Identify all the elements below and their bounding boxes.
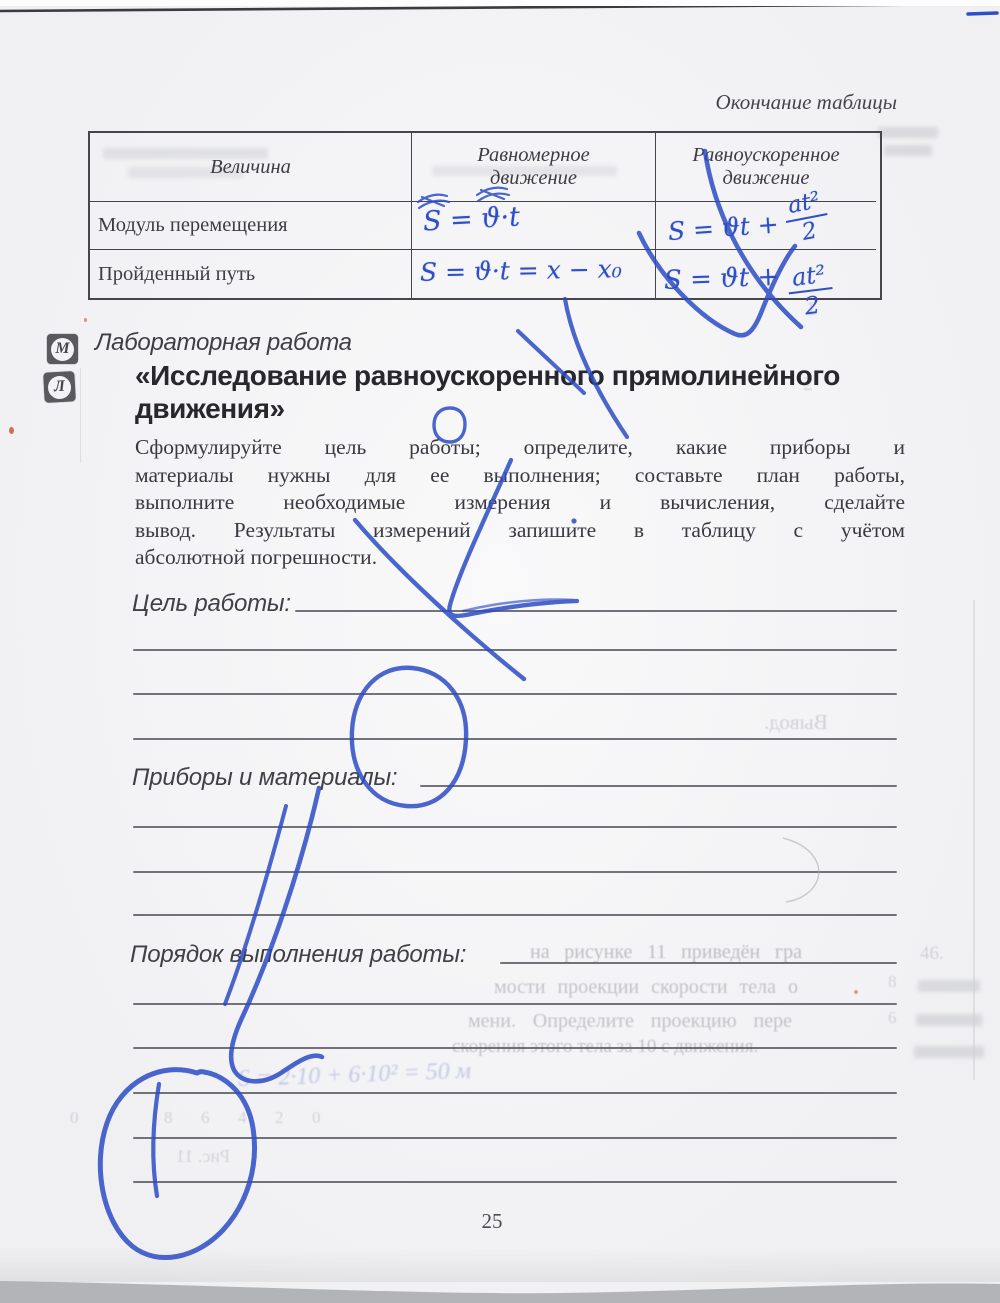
badge-letter-l-icon: Л (47, 375, 71, 399)
scan-top-white-strip (0, 0, 1000, 6)
ghost-axis-digit: 8 (888, 972, 897, 992)
badge-letter-m-icon: М (51, 338, 74, 361)
margin-badge-m: М (47, 334, 78, 364)
procedure-field-label: Порядок выполнения работы: (130, 941, 466, 969)
write-in-line (133, 649, 897, 651)
handwritten-formula-path-accelerated: S = ϑt + at² 2 (663, 249, 832, 309)
paragraph-line: выполните необходимые измерения и вычисл… (135, 489, 905, 517)
scanned-workbook-page: { "running_head": "Окончание таблицы", "… (0, 0, 1000, 1303)
lab-work-kicker: Лабораторная работа (95, 329, 352, 357)
handwritten-formula-displacement-uniform: S = ϑ·t (422, 201, 521, 237)
fraction-denominator: 2 (789, 289, 835, 320)
write-in-line (133, 1137, 897, 1139)
goal-field-label: Цель работы: (132, 590, 291, 618)
formula-text: S = ϑt + (667, 209, 780, 246)
paragraph-line: абсолютной погрешности. (135, 544, 905, 572)
table-row-path: Пройденный путь (90, 250, 412, 298)
margin-badge-l: Л (43, 371, 76, 403)
formula-text: S = ϑt + (663, 262, 779, 296)
write-in-line (133, 693, 897, 695)
red-speck (84, 318, 87, 322)
ghost-figure-caption: Рис. 11 (176, 1146, 230, 1167)
table-row-displacement: Модуль перемещения (90, 202, 412, 250)
write-in-line (133, 1003, 897, 1005)
red-speck (9, 427, 14, 434)
running-head: Окончание таблицы (716, 90, 897, 115)
write-in-line (133, 914, 897, 916)
instruments-field-label: Приборы и материалы: (132, 764, 397, 792)
paragraph-line: вывод. Результаты измерений запишите в т… (135, 517, 905, 545)
ghost-bleed-bar (884, 145, 932, 156)
write-in-line (295, 610, 897, 612)
table-header-quantity: Величина (90, 133, 412, 202)
lab-work-title: «Исследование равноускоренного прямолине… (135, 359, 865, 425)
ghost-problem-number: 46. (920, 943, 944, 965)
table-header-accelerated-motion: Равноускоренное движение (656, 133, 876, 202)
ghost-conclusion-label: Вывод. (764, 710, 828, 735)
red-speck (854, 990, 858, 994)
scan-edge-line (973, 600, 975, 1080)
paragraph-line: Сформулируйте цель работы; определите, к… (135, 434, 905, 462)
write-in-line (133, 738, 897, 740)
handwritten-formula-path-uniform: S = ϑ·t = x − x₀ (420, 254, 622, 287)
write-in-line (133, 1047, 897, 1049)
paragraph-line: материалы нужны для ее выполнения; соста… (135, 462, 905, 490)
ghost-grid-line (80, 368, 81, 463)
write-in-line (500, 962, 897, 964)
formula-fraction: at² 2 (786, 261, 836, 320)
write-in-line (420, 785, 897, 787)
title-line: движения» (135, 392, 865, 425)
ghost-axis-digit: 6 (888, 1008, 897, 1028)
write-in-line (133, 1181, 897, 1183)
write-in-line (133, 1092, 897, 1094)
title-line: «Исследование равноускоренного прямолине… (135, 359, 865, 392)
ghost-bleed-bar (878, 127, 938, 138)
header-line: движение (723, 167, 810, 190)
instruction-paragraph: Сформулируйте цель работы; определите, к… (135, 434, 905, 572)
header-line: движение (490, 167, 577, 190)
write-in-line (133, 871, 897, 873)
table-header-uniform-motion: Равномерное движение (412, 133, 656, 202)
ghost-bleed-bar (918, 980, 980, 992)
page-number: 25 (462, 1209, 522, 1234)
ghost-paragraph-line: мени. Определите проекцию пере (468, 1010, 792, 1033)
write-in-line (133, 826, 897, 828)
ghost-axis-row: 0 8 6 4 2 0 (70, 1108, 321, 1128)
formula-fraction: at² 2 (781, 188, 832, 247)
ghost-paragraph-line: на рисунке 11 приведён гра (530, 941, 802, 964)
ghost-paragraph-line: мости проекции скорости тела о (494, 976, 798, 999)
header-line: Равномерное (477, 144, 589, 167)
header-line: Равноускоренное (692, 144, 839, 167)
